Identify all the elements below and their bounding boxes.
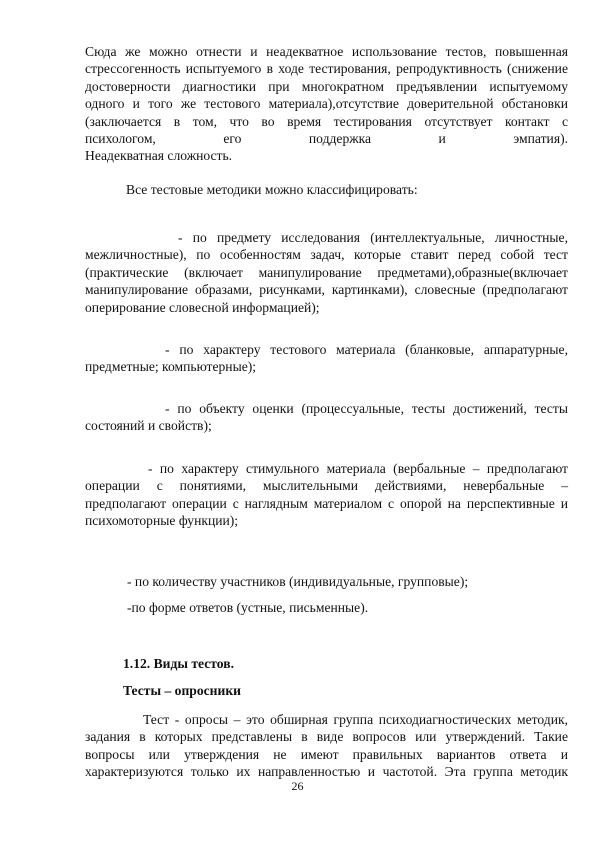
paragraph-limitations: Сюда же можно отнести и неадекватное исп…	[85, 43, 568, 165]
classification-item-stimulus: - по характеру стимульного материала (ве…	[85, 460, 568, 530]
text-line: предметные; компьютерные);	[85, 358, 568, 375]
text-line: достоверности диагностики при многократн…	[85, 78, 568, 95]
document-page: Сюда же можно отнести и неадекватное исп…	[0, 0, 595, 842]
section-heading: 1.12. Виды тестов.	[123, 655, 563, 672]
classification-item-subject: - по предмету исследования (интеллектуал…	[85, 229, 568, 316]
text-line: вопросы или утверждения не имеют правиль…	[85, 746, 568, 763]
classification-item-material: - по характеру тестового материала (блан…	[85, 341, 568, 376]
text-line: психологом, его поддержка и эмпатия).	[85, 130, 568, 147]
text-line: (практические (включает манипулирование …	[85, 264, 568, 281]
subsection-heading: Тесты – опросники	[123, 682, 563, 699]
text-line: Все тестовые методики можно классифициро…	[85, 181, 568, 198]
text-line: психомоторные функции);	[85, 512, 568, 529]
paragraph-questionnaires: Тест - опросы – это обширная группа псих…	[85, 711, 568, 781]
text-line: -по форме ответов (устные, письменные).	[85, 599, 568, 616]
text-line: (заключается в том, что во время тестиро…	[85, 113, 568, 130]
classification-item-participants: - по количеству участников (индивидуальн…	[85, 573, 568, 590]
classification-intro: Все тестовые методики можно классифициро…	[85, 181, 568, 198]
text-line: - по объекту оценки (процессуальные, тес…	[85, 400, 568, 417]
text-line: - по предмету исследования (интеллектуал…	[85, 229, 568, 246]
subsection-heading-text: Тесты – опросники	[123, 682, 563, 699]
text-line: Сюда же можно отнести и неадекватное исп…	[85, 43, 568, 60]
text-line: - по характеру стимульного материала (ве…	[85, 460, 568, 477]
text-line: Тест - опросы – это обширная группа псих…	[85, 711, 568, 728]
page-number: 26	[0, 779, 595, 794]
text-line: состояний и свойств);	[85, 417, 568, 434]
classification-item-object: - по объекту оценки (процессуальные, тес…	[85, 400, 568, 435]
text-line: предполагают операции с наглядным матери…	[85, 495, 568, 512]
text-line: операции с понятиями, мыслительными дейс…	[85, 477, 568, 494]
text-line: одного и того же тестового материала),от…	[85, 95, 568, 112]
section-heading-text: 1.12. Виды тестов.	[123, 655, 563, 672]
text-line: Неадекватная сложность.	[85, 147, 568, 164]
classification-item-answers: -по форме ответов (устные, письменные).	[85, 599, 568, 616]
text-line: оперирование словесной информацией);	[85, 299, 568, 316]
text-line: межличностные), по особенностям задач, к…	[85, 246, 568, 263]
text-line: характеризуются только их направленность…	[85, 763, 568, 780]
text-line: - по характеру тестового материала (блан…	[85, 341, 568, 358]
text-line: манипулирование образами, рисунками, кар…	[85, 281, 568, 298]
text-line: - по количеству участников (индивидуальн…	[85, 573, 568, 590]
text-line: стрессогенность испытуемого в ходе тести…	[85, 60, 568, 77]
text-line: задания в которых представлены в виде во…	[85, 728, 568, 745]
